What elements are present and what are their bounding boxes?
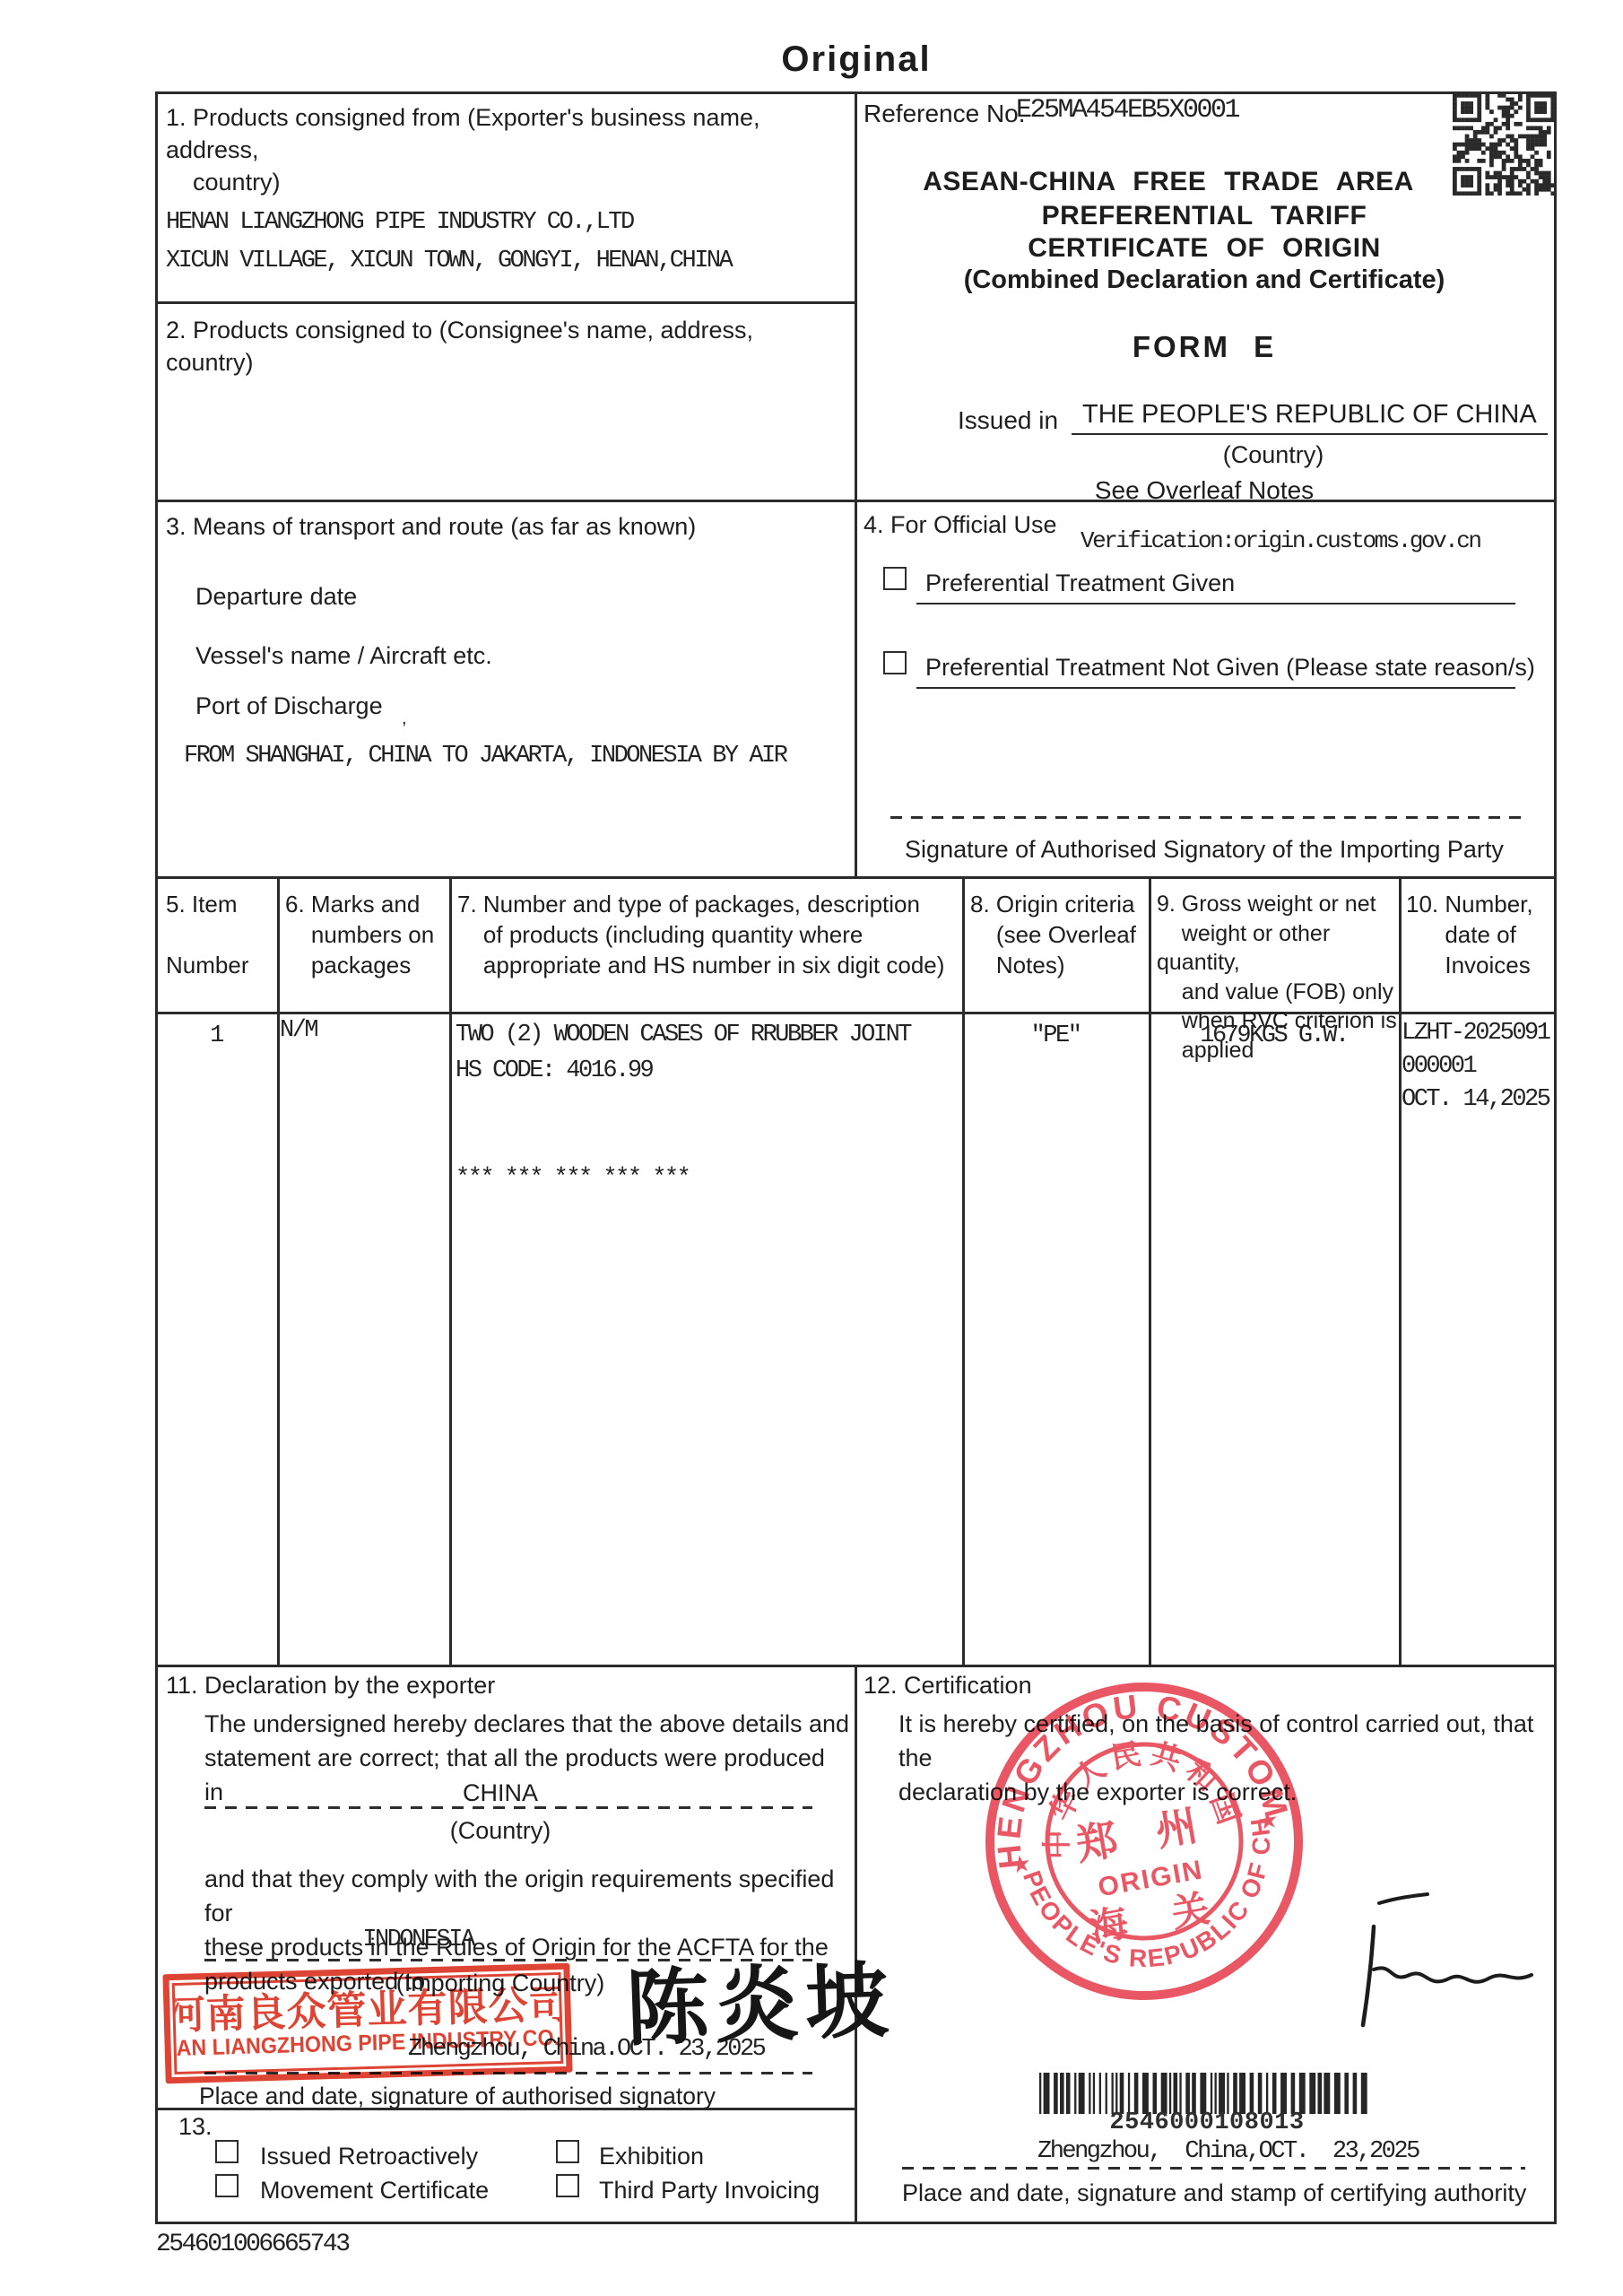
box2-label: 2. Products consigned to (Consignee's na… <box>166 315 847 379</box>
exhibition-checkbox[interactable] <box>556 2140 579 2163</box>
row-item-number: 1 <box>155 1022 277 1049</box>
border-bottom <box>155 2222 1556 2224</box>
certifier-signature-caption: Place and date, signature and stamp of c… <box>902 2178 1526 2210</box>
dashed-country-line <box>204 1806 812 1809</box>
issued-in-label: Issued in <box>958 404 1058 437</box>
country-caption: (Country) <box>204 1815 796 1848</box>
importing-party-signature-caption: Signature of Authorised Signatory of the… <box>855 834 1554 866</box>
exporter-signature-caption: Place and date, signature of authorised … <box>199 2081 716 2112</box>
issued-in-country: THE PEOPLE'S REPUBLIC OF CHINA <box>1072 400 1548 435</box>
issued-retroactively-label: Issued Retroactively <box>260 2141 478 2173</box>
preferential-not-given-label: Preferential Treatment Not Given (Please… <box>925 652 1535 684</box>
doc-title-line4: (Combined Declaration and Certificate) <box>855 265 1554 295</box>
company-stamp-inner: 河南良众管业有限公司 HENAN LIANGZHONG PIPE INDUSTR… <box>172 1972 564 2074</box>
col5-header: 5. Item Number <box>166 890 273 980</box>
reference-value: E25MA454EB5X0001 <box>1016 95 1238 126</box>
reference-label: Reference No. <box>864 97 1026 130</box>
exporter-name: HENAN LIANGZHONG PIPE INDUSTRY CO.,LTD <box>166 209 633 236</box>
col-line-8-9 <box>1149 876 1151 1665</box>
row-description: TWO (2) WOODEN CASES OF RRUBBER JOINT HS… <box>456 1017 958 1196</box>
customs-stamp-svg: ZHENGZHOU CUSTOMS THE PEOPLE'S REPUBLIC … <box>947 1644 1341 2039</box>
col-line-7-8 <box>962 876 965 1665</box>
col8-header: 8. Origin criteria (see Overleaf Notes) <box>970 890 1146 980</box>
row-invoice: LZHT-2025091 000001 OCT. 14,2025 <box>1402 1017 1558 1117</box>
box3-label: 3. Means of transport and route (as far … <box>166 511 847 544</box>
barcode-number: 2546000108013 <box>1039 2109 1375 2136</box>
see-overleaf-note: See Overleaf Notes <box>855 474 1554 507</box>
third-party-invoicing-label: Third Party Invoicing <box>599 2175 820 2207</box>
box4-label: 4. For Official Use <box>864 509 1057 542</box>
exhibition-label: Exhibition <box>599 2141 704 2173</box>
certifier-place-date: Zhengzhou, China,OCT. 23,2025 <box>1037 2138 1419 2165</box>
preferential-given-checkbox[interactable] <box>883 567 907 590</box>
col-line-9-10 <box>1399 876 1402 1665</box>
third-party-invoicing-checkbox[interactable] <box>556 2174 579 2197</box>
customs-round-stamp: ZHENGZHOU CUSTOMS THE PEOPLE'S REPUBLIC … <box>947 1644 1341 2039</box>
underline-opt2 <box>916 687 1515 689</box>
vessel-label: Vessel's name / Aircraft etc. <box>195 640 492 673</box>
port-of-discharge-label: Port of Discharge <box>195 691 383 723</box>
underline-opt1 <box>916 603 1515 604</box>
line-box1-box2 <box>155 301 856 304</box>
company-stamp: 河南良众管业有限公司 HENAN LIANGZHONG PIPE INDUSTR… <box>162 1963 572 2084</box>
exporter-address: XICUN VILLAGE, XICUN TOWN, GONGYI, HENAN… <box>166 248 731 274</box>
issued-country-caption: (Country) <box>986 439 1560 472</box>
doc-title-line1: ASEAN-CHINA FREE TRADE AREA <box>855 167 1482 197</box>
certifier-handwritten-signature <box>1327 1883 1560 2045</box>
row-gross-weight: 1679KGS G.W. <box>1149 1022 1399 1049</box>
transport-route-value: FROM SHANGHAI, CHINA TO JAKARTA, INDONES… <box>184 743 785 770</box>
form-e-title: FORM E <box>855 330 1554 364</box>
row-origin-criteria: ″PE″ <box>962 1022 1149 1049</box>
departure-date-label: Departure date <box>195 581 357 613</box>
exporter-handwritten-signature: 陈炎坡 <box>624 1935 897 2062</box>
col-line-6-7 <box>449 876 452 1665</box>
barcode-icon <box>1039 2073 1375 2114</box>
stamp-star-left-icon: ★ <box>1008 1848 1033 1879</box>
preferential-given-label: Preferential Treatment Given <box>925 568 1235 600</box>
preferential-not-given-checkbox[interactable] <box>883 651 907 674</box>
col6-header: 6. Marks and numbers on packages <box>285 890 447 980</box>
line-table-top <box>155 876 1556 879</box>
box13-label: 13. <box>178 2111 213 2144</box>
doc-title-line2: PREFERENTIAL TARIFF <box>855 201 1554 231</box>
export-to-country: INDONESIA <box>204 1926 631 1953</box>
doc-title-line3: CERTIFICATE OF ORIGIN <box>855 233 1554 264</box>
dashed-signature-line-box4 <box>890 816 1524 819</box>
document-serial-number: 254601006665743 <box>156 2231 349 2258</box>
movement-certificate-label: Movement Certificate <box>260 2175 489 2207</box>
dashed-certifier-sign-line <box>902 2167 1525 2170</box>
row-marks: N/M <box>280 1017 317 1044</box>
page-title: Original <box>695 39 1018 80</box>
certificate-page: Original 1. Products consigned from (Exp… <box>0 0 1623 2296</box>
col-line-5-6 <box>277 876 280 1665</box>
issued-retroactively-checkbox[interactable] <box>215 2140 239 2163</box>
col7-header: 7. Number and type of packages, descript… <box>457 890 959 980</box>
produced-in-country: CHINA <box>204 1778 796 1810</box>
col10-header: 10. Number, date of Invoices <box>1406 890 1552 980</box>
border-left <box>155 91 158 2224</box>
box11-label: 11. Declaration by the exporter <box>166 1670 495 1702</box>
port-mark: , <box>402 707 407 731</box>
verification-url: Verification:origin.customs.gov.cn <box>1081 527 1480 554</box>
movement-certificate-checkbox[interactable] <box>215 2174 239 2197</box>
box1-label: 1. Products consigned from (Exporter's b… <box>166 102 834 199</box>
